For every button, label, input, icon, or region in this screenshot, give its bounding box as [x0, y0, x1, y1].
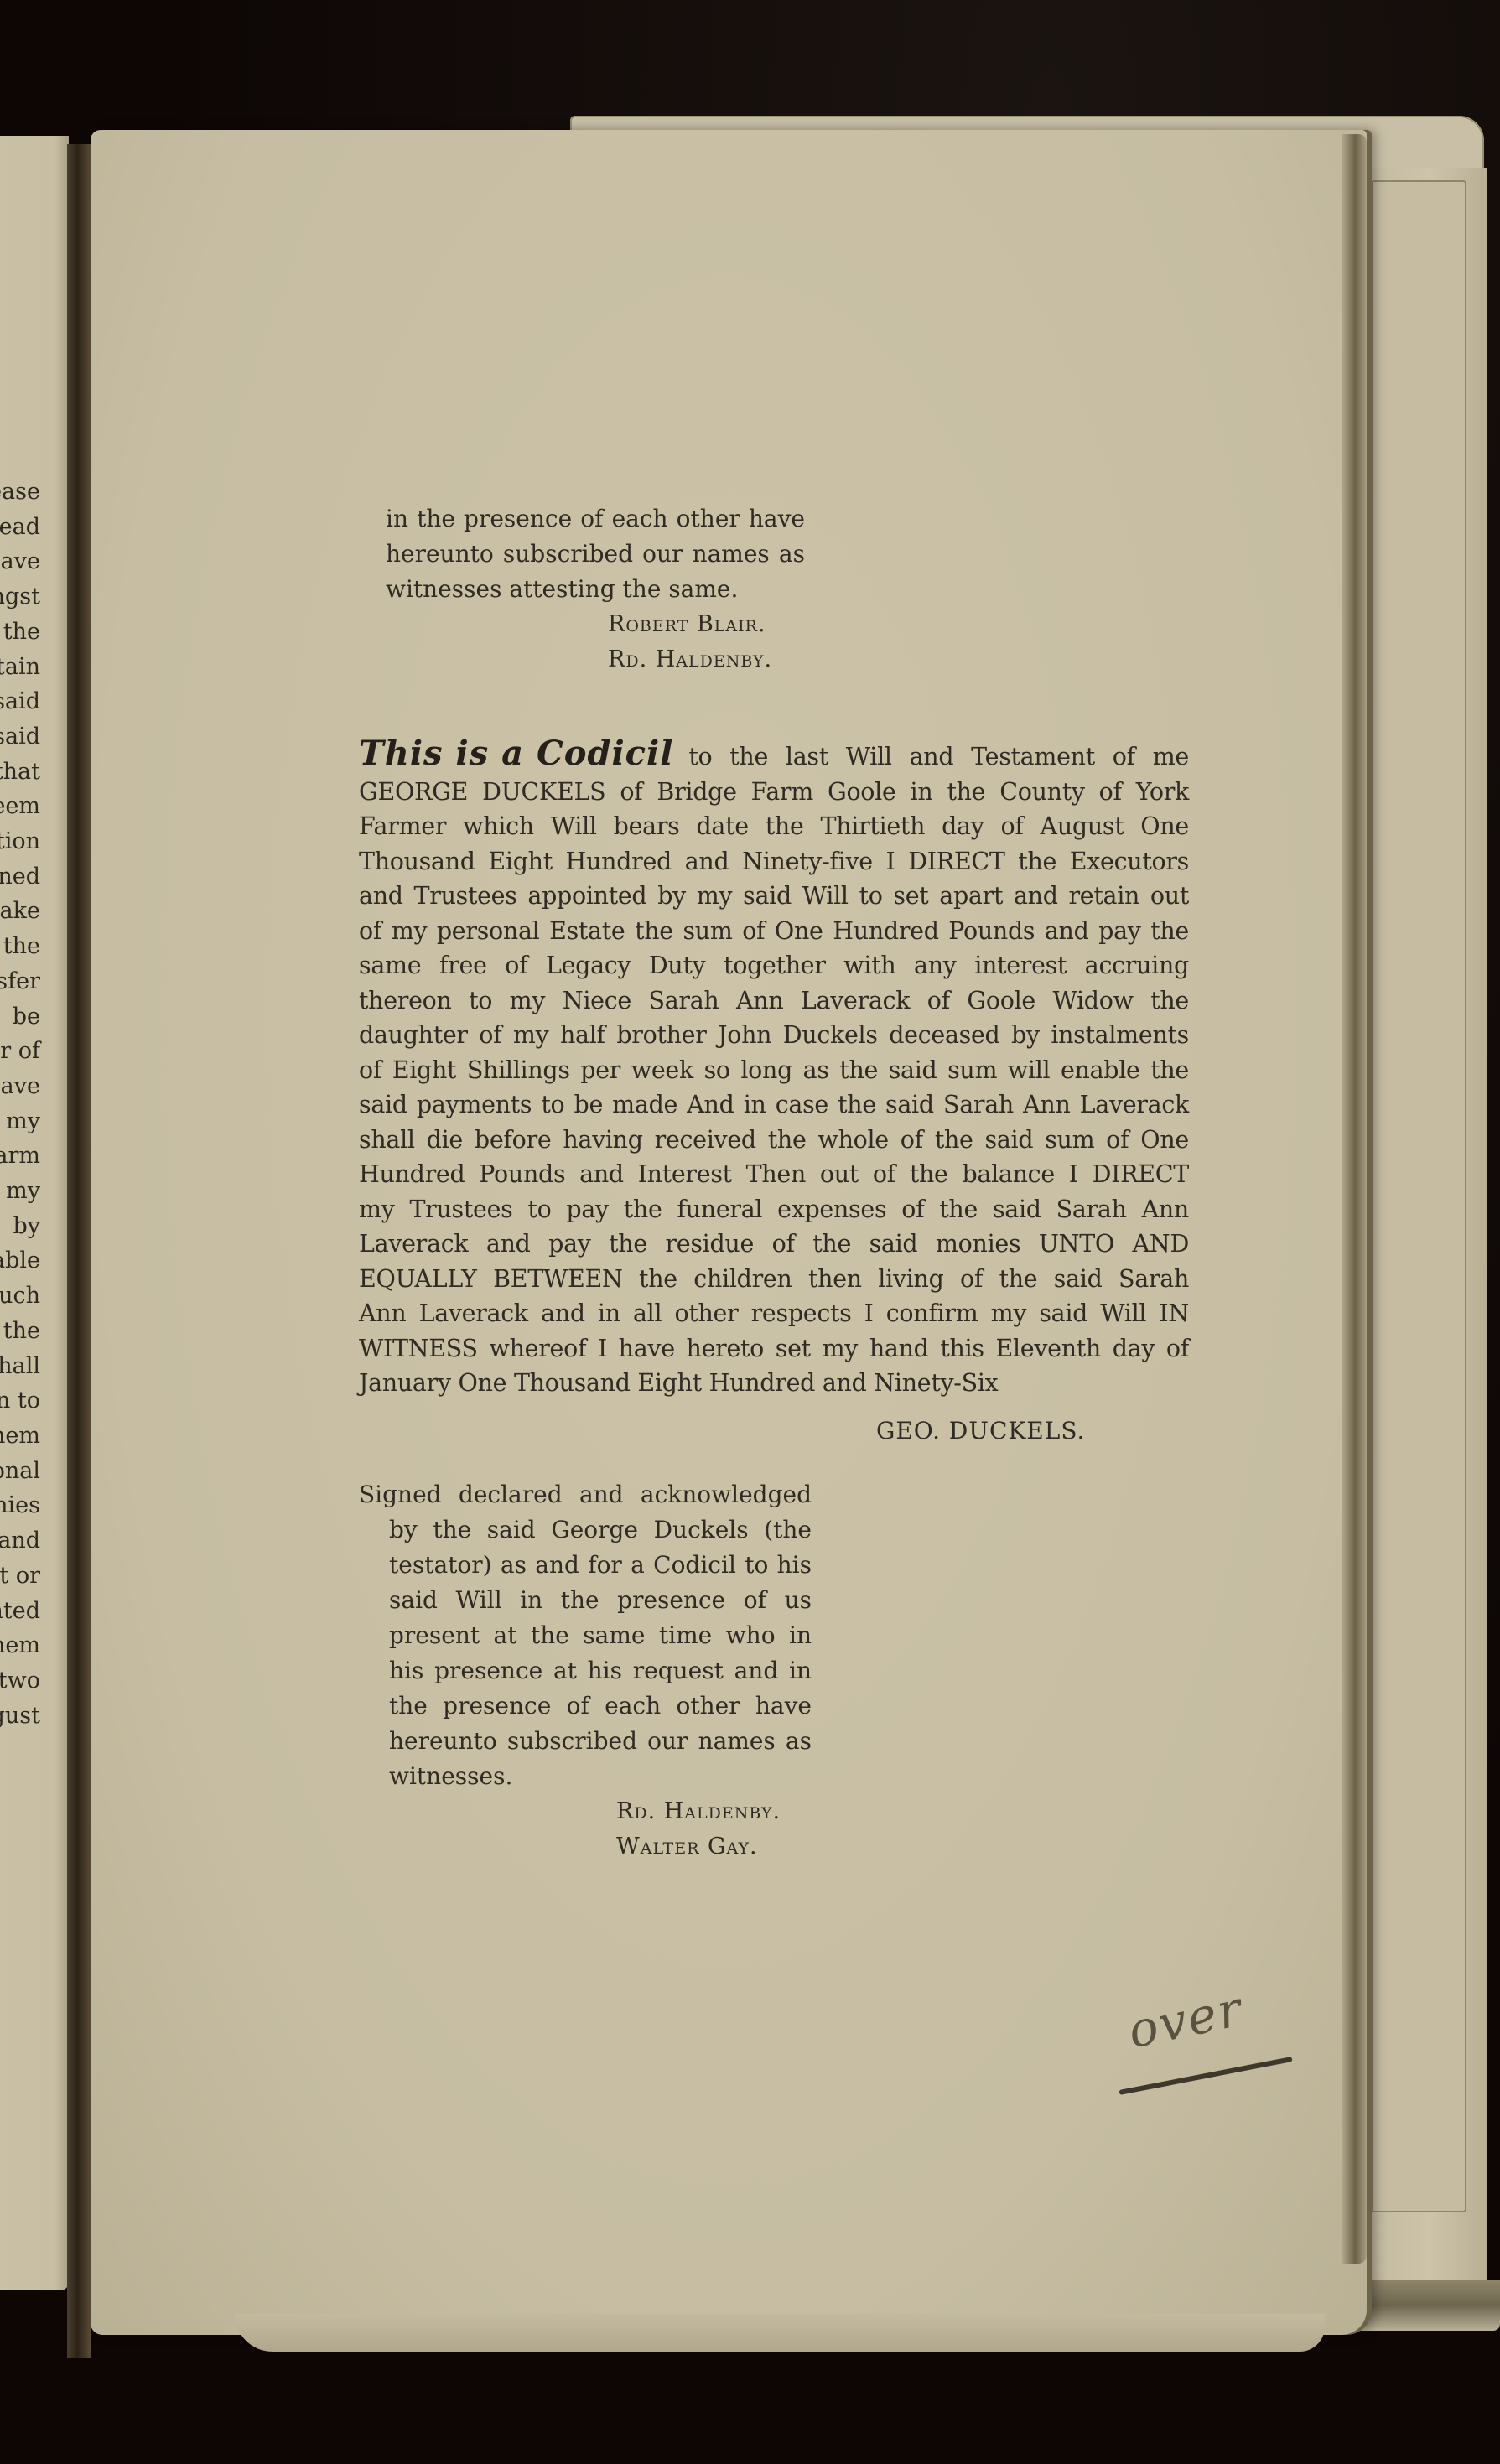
previous-page-fragment: uch — [0, 1279, 40, 1314]
previous-page-fragment: tion — [0, 824, 40, 859]
previous-page-fragment: be — [0, 999, 40, 1035]
text-line: WITNESS whereof I have hereto set my han… — [359, 1331, 1189, 1367]
text-line: thereon to my Niece Sarah Ann Laverack o… — [359, 983, 1189, 1019]
previous-page-fragment: said — [0, 719, 40, 755]
previous-page-fragment: ease — [0, 475, 40, 510]
previous-page-fragment: onal — [0, 1454, 40, 1489]
previous-page-fragment: arm — [0, 1139, 40, 1174]
previous-page-fragment: that — [0, 755, 40, 790]
text-line: hereunto subscribed our names as — [389, 1724, 812, 1759]
text-line: Signed declared and acknowledged — [359, 1477, 812, 1512]
text-line: of my personal Estate the sum of One Hun… — [359, 914, 1189, 949]
text-line: testator) as and for a Codicil to his — [389, 1548, 812, 1583]
codicil-heading: This is a Codicil — [359, 736, 673, 771]
text-line: witnesses. — [389, 1759, 812, 1794]
book-gutter — [67, 144, 91, 2358]
text-line: Laverack and pay the residue of the said… — [359, 1227, 1189, 1262]
text-line: to the last Will and Testament of me — [688, 739, 1189, 775]
previous-page-fragment: sfer — [0, 964, 40, 999]
previous-page-fragment: ined — [0, 859, 40, 895]
attestation-signatures: Rd. Haldenby. Walter Gay. — [616, 1794, 781, 1865]
previous-page-fragment: hem — [0, 1419, 40, 1454]
text-line: Ann Laverack and in all other respects I… — [359, 1296, 1189, 1331]
text-line: and Trustees appointed by my said Will t… — [359, 879, 1189, 914]
previous-page-fragment: eem — [0, 789, 40, 824]
text-line: his presence at his request and in — [389, 1653, 812, 1688]
previous-page-fragment: my — [0, 1104, 40, 1139]
text-line: EQUALLY BETWEEN the children then living… — [359, 1262, 1189, 1297]
previous-page: easedeadhavengstthetainsaidsaidthateemti… — [0, 136, 69, 2290]
text-line: daughter of my half brother John Duckels… — [359, 1018, 1189, 1053]
text-line: in the presence of each other have — [386, 501, 805, 537]
witness-signature: Rd. Haldenby. — [616, 1794, 781, 1829]
text-line: hereunto subscribed our names as — [386, 537, 805, 572]
text-line: said payments to be made And in case the… — [359, 1087, 1189, 1123]
previous-page-fragment: said — [0, 684, 40, 719]
previous-page-fragment: the — [0, 615, 40, 650]
previous-page-fragment: have — [0, 544, 40, 579]
text-line: witnesses attesting the same. — [386, 572, 805, 607]
previous-page-fragment: nies — [0, 1488, 40, 1523]
text-line: present at the same time who in — [389, 1618, 812, 1653]
text-line: said Will in the presence of us — [389, 1583, 812, 1618]
previous-page-fragment: able — [0, 1243, 40, 1279]
previous-page-fragment: er of — [0, 1034, 40, 1069]
previous-page-fragment: hall — [0, 1349, 40, 1384]
previous-page-fragment: by — [0, 1209, 40, 1244]
previous-page-fragment: dead — [0, 510, 40, 545]
previous-page-fragment: tain — [0, 650, 40, 685]
text-line: Farmer which Will bears date the Thirtie… — [359, 809, 1189, 844]
previous-page-fragment: have — [0, 1069, 40, 1104]
attestation-clause: Signed declared and acknowledged by the … — [359, 1477, 812, 1794]
text-line: January One Thousand Eight Hundred and N… — [359, 1366, 1189, 1401]
text-line: Hundred Pounds and Interest Then out of … — [359, 1157, 1189, 1192]
text-line: by the said George Duckels (the — [389, 1512, 812, 1548]
text-line: GEORGE DUCKELS of Bridge Farm Goole in t… — [359, 775, 1189, 810]
text-line: Thousand Eight Hundred and Ninety-five I… — [359, 844, 1189, 879]
previous-page-fragment: two — [0, 1663, 40, 1699]
previous-page-fragment: nake — [0, 894, 40, 929]
previous-page-fragment: the — [0, 1314, 40, 1349]
previous-page-fragment: the — [0, 929, 40, 964]
previous-page-fragment: n to — [0, 1383, 40, 1419]
previous-page-fragment: t or — [0, 1559, 40, 1594]
previous-page-text: easedeadhavengstthetainsaidsaidthateemti… — [0, 475, 40, 1733]
text-line: same free of Legacy Duty together with a… — [359, 948, 1189, 983]
page-edge-shadow — [1342, 134, 1367, 2264]
page-bottom-curl — [235, 2314, 1325, 2352]
witness-signature: Walter Gay. — [616, 1829, 781, 1865]
previous-page-fragment: my — [0, 1174, 40, 1209]
underlying-folded-sheet — [1371, 180, 1466, 2212]
text-line: of Eight Shillings per week so long as t… — [359, 1053, 1189, 1088]
previous-page-fragment: nted — [0, 1594, 40, 1629]
codicil-body: This is a Codicil to the last Will and T… — [359, 736, 1189, 1401]
text-line: shall die before having received the who… — [359, 1123, 1189, 1158]
witness-signature: Rd. Haldenby. — [608, 642, 805, 677]
text-line: This is a Codicil to the last Will and T… — [359, 736, 1189, 775]
text-line: my Trustees to pay the funeral expenses … — [359, 1192, 1189, 1227]
previous-page-fragment: hem — [0, 1628, 40, 1663]
testator-signature: GEO. DUCKELS. — [876, 1417, 1085, 1445]
previous-page-fragment: and — [0, 1523, 40, 1559]
witness-signature: Robert Blair. — [608, 607, 805, 642]
previous-page-fragment: ngst — [0, 579, 40, 615]
previous-page-fragment: gust — [0, 1699, 40, 1734]
witness-clause-top: in the presence of each other have hereu… — [386, 501, 805, 677]
text-line: the presence of each other have — [389, 1688, 812, 1724]
